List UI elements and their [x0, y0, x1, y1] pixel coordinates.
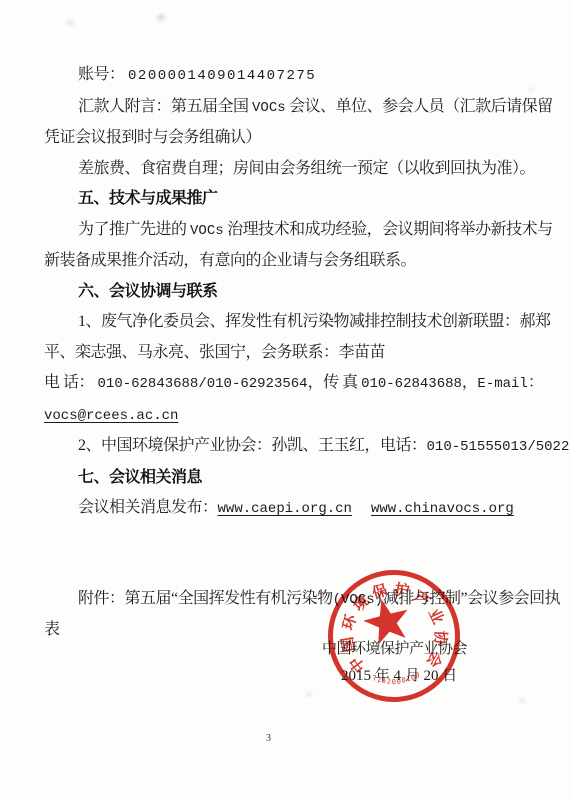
official-seal: 中国环境保护产业协会 0010002827: [324, 566, 465, 707]
text-segment: 差旅费、食宿费自理；房间由会务组统一预定（以收到回执为准）。: [78, 160, 535, 177]
text-segment: 010-62843688/010-62923564: [98, 376, 308, 392]
section-heading: 七、会议相关消息: [44, 463, 526, 494]
text-segment: 七、会议相关消息: [78, 469, 202, 486]
text-segment: 表: [44, 621, 60, 638]
text-segment: 0200001409014407275: [128, 68, 316, 84]
text-segment: 凭证会议报到时与会务组确认）: [44, 129, 261, 146]
link-text: www.chinavocs.org: [371, 501, 514, 517]
text-segment: 五、技术与成果推广: [78, 190, 218, 207]
scan-speck: [519, 698, 526, 703]
text-segment: 平、栾志强、马永亮、张国宁，会务联系：李苗苗: [44, 344, 385, 361]
text-line: 2、中国环境保护产业协会：孙凯、王玉红，电话：010-51555013/5022: [44, 431, 526, 463]
text-line: vocs@rcees.ac.cn: [44, 400, 526, 432]
text-segment: 为了推广先进的: [78, 221, 190, 238]
text-line: 平、栾志强、马永亮、张国宁，会务联系：李苗苗: [44, 338, 526, 369]
text-segment: VOCs: [190, 223, 224, 239]
link-text: vocs@rcees.ac.cn: [44, 408, 178, 424]
text-segment: 账号：: [78, 66, 128, 83]
text-segment: 2、中国环境保护产业协会：孙凯、王玉红，电话：: [78, 437, 427, 454]
text-segment: 会议、单位、参会人员（汇款后请保留: [286, 98, 553, 115]
link-text: www.caepi.org.cn: [218, 501, 352, 517]
text-segment: 010-62843688: [361, 376, 462, 392]
text-segment: 电 话：: [44, 374, 98, 391]
text-segment: 六、会议协调与联系: [78, 283, 218, 300]
text-line: 电 话： 010-62843688/010-62923564，传 真 010-6…: [44, 368, 526, 400]
text-segment: 010-51555013/5022: [427, 439, 570, 455]
text-segment: VOCs: [252, 100, 286, 116]
scan-speck: [157, 14, 165, 21]
scanned-document-page: 账号： 0200001409014407275汇款人附言：第五届全国 VOCs …: [0, 0, 571, 800]
text-line: 新装备成果推介活动，有意向的企业请与会务组联系。: [44, 246, 526, 277]
text-line: 差旅费、食宿费自理；房间由会务组统一预定（以收到回执为准）。: [44, 154, 526, 185]
section-heading: 六、会议协调与联系: [44, 277, 526, 308]
text-segment: 1、废气净化委员会、挥发性有机污染物减排控制技术创新联盟：郝郑: [78, 313, 551, 330]
text-line: 为了推广先进的 VOCs 治理技术和成功经验，会议期间将举办新技术与: [44, 215, 526, 247]
text-segment: ，传 真: [308, 374, 362, 391]
page-number: 3: [266, 733, 306, 744]
text-segment: ，: [462, 374, 478, 391]
blank-line: [44, 541, 526, 568]
text-segment: E-mail: [477, 376, 527, 392]
text-segment: ：: [528, 374, 544, 391]
text-line: 1、废气净化委员会、挥发性有机污染物减排控制技术创新联盟：郝郑: [44, 307, 526, 338]
text-line: 凭证会议报到时与会务组确认）: [44, 123, 526, 154]
text-segment: 会议相关消息发布：: [78, 499, 218, 516]
text-segment: 治理技术和成功经验，会议期间将举办新技术与: [224, 221, 553, 238]
signature-org: 中国环境保护产业协会: [322, 637, 467, 658]
text-line: 汇款人附言：第五届全国 VOCs 会议、单位、参会人员（汇款后请保留: [44, 92, 526, 124]
text-segment: 新装备成果推介活动，有意向的企业请与会务组联系。: [44, 252, 416, 269]
section-heading: 五、技术与成果推广: [44, 184, 526, 215]
scan-speck: [528, 86, 534, 91]
text-segment: [352, 499, 371, 516]
text-segment: 附件：第五届“全国挥发性有机污染物: [78, 590, 333, 607]
text-line: 账号： 0200001409014407275: [44, 60, 526, 92]
document-body: 账号： 0200001409014407275汇款人附言：第五届全国 VOCs …: [44, 60, 526, 646]
text-line: 会议相关消息发布：www.caepi.org.cn www.chinavocs.…: [44, 493, 526, 525]
text-segment: 汇款人附言：第五届全国: [78, 98, 252, 115]
scan-speck: [306, 692, 312, 697]
signature-date: 2015 年 4 月 20 日: [341, 664, 457, 685]
scan-speck: [66, 20, 75, 26]
